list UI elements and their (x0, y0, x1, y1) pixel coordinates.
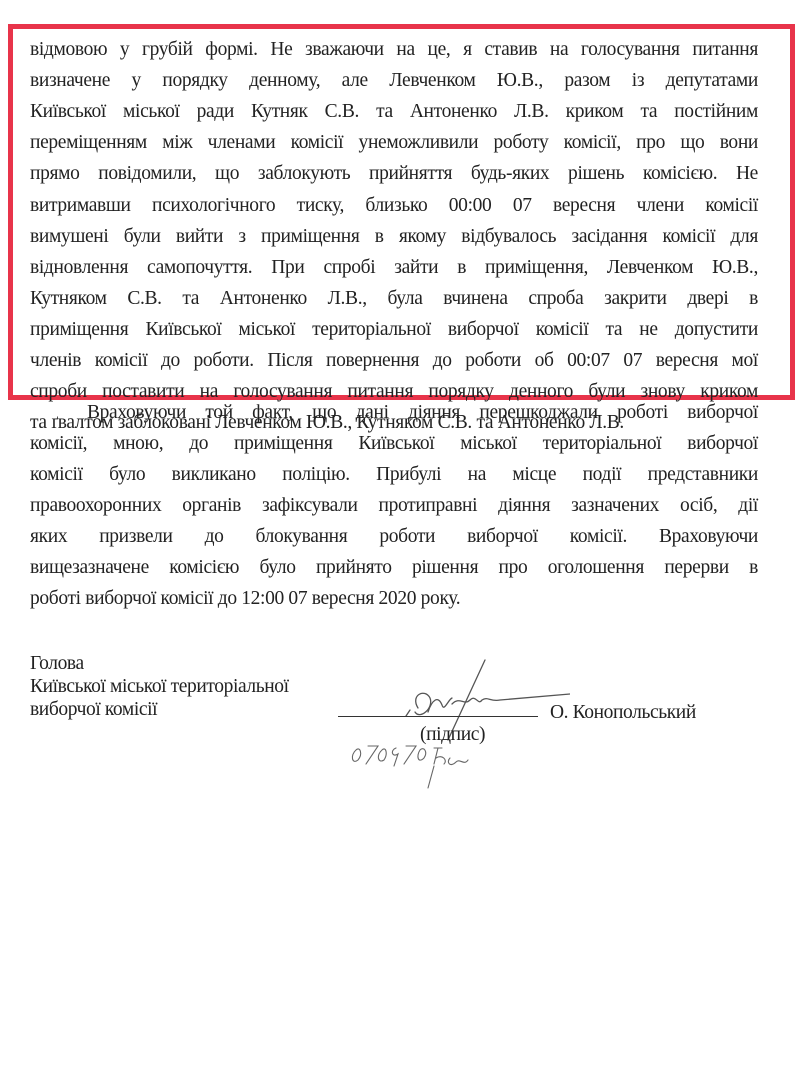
text-line: членів комісії до роботи. Після повернен… (30, 350, 758, 372)
text-line: Кутняком С.В. та Антоненко Л.В., була вч… (30, 288, 758, 310)
text-line: визначене у порядку денному, але Левченк… (30, 70, 758, 92)
text-line: яких призвели до блокування роботи вибор… (30, 526, 758, 548)
handwritten-signature-icon (330, 650, 570, 790)
text-line: приміщення Київської міської територіаль… (30, 319, 758, 341)
text-line: комісії було викликано поліцію. Прибулі … (30, 464, 758, 486)
signatory-title-line: Голова (30, 652, 289, 675)
signature-caption: (підпис) (420, 724, 485, 746)
signature-line (338, 716, 538, 717)
text-line: правоохоронних органів зафіксували проти… (30, 495, 758, 517)
text-line: витримавши психологічного тиску, близько… (30, 195, 758, 217)
signatory-name: О. Конопольський (550, 702, 696, 724)
text-line: прямо повідомили, що заблокують прийнятт… (30, 163, 758, 185)
text-line: роботі виборчої комісії до 12:00 07 вере… (30, 588, 758, 610)
text-line: відмовою у грубій формі. Не зважаючи на … (30, 39, 758, 61)
text-line: спроби поставити на голосування питання … (30, 381, 758, 403)
signatory-title: Голова Київської міської територіальної … (30, 652, 289, 721)
text-line: Враховуючи той факт, що дані діяння пере… (87, 402, 758, 424)
text-line: Київської міської ради Кутняк С.В. та Ан… (30, 101, 758, 123)
text-line: вищезазначене комісією було прийнято ріш… (30, 557, 758, 579)
text-line: переміщенням між членами комісії унеможл… (30, 132, 758, 154)
text-line: комісії, мною, до приміщення Київської м… (30, 433, 758, 455)
text-line: вимушені були вийти з приміщення в якому… (30, 226, 758, 248)
handwritten-date (352, 746, 468, 788)
signatory-title-line: виборчої комісії (30, 698, 289, 721)
signatory-title-line: Київської міської територіальної (30, 675, 289, 698)
text-line: відновлення самопочуття. При спробі зайт… (30, 257, 758, 279)
